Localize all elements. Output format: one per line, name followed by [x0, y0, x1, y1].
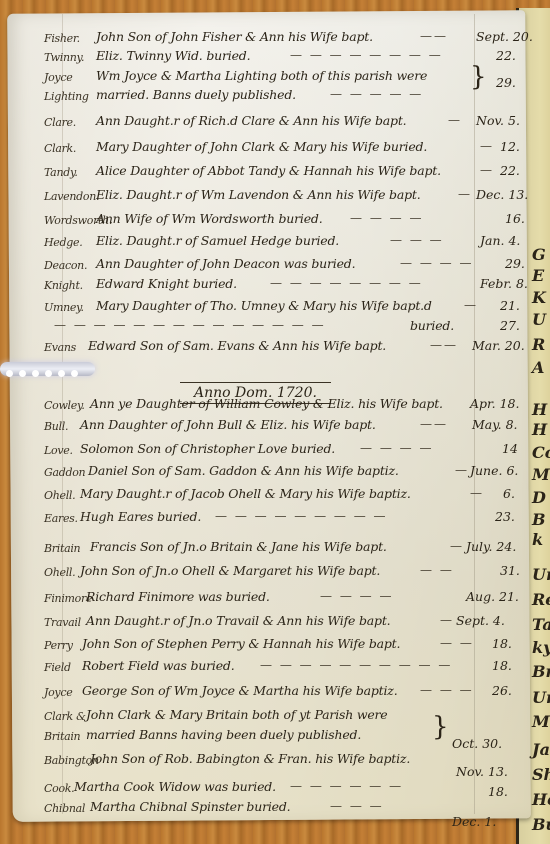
surname-margin: Cook. [44, 782, 74, 795]
entry-date: Nov. 13. [456, 764, 526, 779]
surname-margin: Hedge. [44, 236, 82, 249]
surname-margin: Ohell. [44, 489, 75, 502]
register-row: Clark &John Clark & Mary Britain both of… [0, 706, 550, 728]
entry-date: Nov. 5. [476, 113, 546, 128]
entry-date: Dec. 1. [452, 814, 522, 829]
register-row: Wordsworth.Ann Wife of Wm Wordsworth bur… [0, 210, 550, 232]
adjacent-fragment: G [532, 245, 546, 264]
leader-dash: — — [440, 636, 474, 650]
surname-margin: Gaddon [44, 466, 85, 479]
entry-text: Edward Knight buried. [96, 276, 237, 291]
adjacent-fragment: Um [532, 688, 550, 707]
entry-date: 22. [500, 163, 550, 178]
adjacent-fragment: R [532, 335, 545, 354]
register-row: Bull.Ann Daughter of John Bull & Eliz. h… [0, 416, 550, 438]
adjacent-fragment: k [532, 530, 543, 549]
leader-dash: — — — — [350, 211, 423, 225]
register-row: Hedge.Eliz. Daught.r of Samuel Hedge bur… [0, 232, 550, 254]
surname-margin: Joyce [44, 686, 72, 699]
entry-text: Ann Daughter of John Bull & Eliz. his Wi… [80, 417, 376, 432]
entry-date: Oct. 30. [452, 736, 522, 751]
surname-margin: Knight. [44, 279, 83, 292]
adjacent-fragment: H [532, 420, 547, 439]
leader-dash: —— [430, 338, 458, 352]
register-row: Ohell.Mary Daught.r of Jacob Ohell & Mar… [0, 485, 550, 507]
surname-margin: Tandy. [44, 166, 78, 179]
surname-margin: Travail [44, 616, 81, 629]
register-row: — — — — — — — — — — — — — —buried.27. [0, 317, 550, 339]
register-row: Twinny.Eliz. Twinny Wid. buried.— — — — … [0, 47, 550, 69]
leader-dash: — — [420, 563, 454, 577]
entry-date: 22. [496, 48, 550, 63]
entry-text: Solomon Son of Christopher Love buried. [80, 441, 335, 456]
surname-margin: Chibnal [44, 802, 85, 815]
register-row: BabingtonJohn Son of Rob. Babington & Fr… [0, 750, 550, 772]
adjacent-fragment: Ta [532, 615, 550, 634]
entry-text: Robert Field was buried. [82, 658, 235, 673]
surname-margin: Evans [44, 341, 76, 354]
entry-text: Eliz. Daught.r of Samuel Hedge buried. [96, 233, 339, 248]
entry-text: Mary Daughter of Tho. Umney & Mary his W… [96, 298, 432, 313]
surname-margin: Perry [44, 639, 73, 652]
adjacent-fragment: M [532, 465, 550, 484]
register-row: FieldRobert Field was buried.— — — — — —… [0, 657, 550, 679]
entry-text: Hugh Eares buried. [80, 509, 201, 524]
register-row: Clare.Ann Daught.r of Rich.d Clare & Ann… [0, 112, 550, 134]
entry-text: John Son of John Fisher & Ann his Wife b… [96, 29, 373, 44]
register-row: Love.Solomon Son of Christopher Love bur… [0, 440, 550, 462]
entry-text: John Son of Jn.o Ohell & Margaret his Wi… [80, 563, 380, 578]
adjacent-fragment: H [532, 400, 547, 419]
register-row: EvansEdward Son of Sam. Evans & Ann his … [0, 337, 550, 359]
adjacent-fragment: Sha [532, 765, 550, 784]
leader-dash: — — — — [400, 256, 473, 270]
entry-text: Edward Son of Sam. Evans & Ann his Wife … [88, 338, 386, 353]
register-row: Knight.Edward Knight buried.— — — — — — … [0, 275, 550, 297]
surname-margin: Love. [44, 444, 73, 457]
register-row: Clark.Mary Daughter of John Clark & Mary… [0, 138, 550, 160]
register-row: Lavendon.Eliz. Daught.r of Wm Lavendon &… [0, 186, 550, 208]
surname-margin: Joyce [44, 71, 72, 84]
adjacent-fragment: Co [532, 443, 550, 462]
leader-dash: — — — — [320, 589, 393, 603]
register-row: FinimoreRichard Finimore was buried.— — … [0, 588, 550, 610]
adjacent-fragment: U [532, 310, 546, 329]
leader-dash: — — — [330, 799, 384, 813]
surname-margin: Lavendon. [44, 190, 99, 203]
register-row: Ohell.John Son of Jn.o Ohell & Margaret … [0, 562, 550, 584]
adjacent-fragment: Jan [532, 740, 550, 759]
register-row: PerryJohn Son of Stephen Perry & Hannah … [0, 635, 550, 657]
register-row: BritainFrancis Son of Jn.o Britain & Jan… [0, 538, 550, 560]
surname-margin: Ohell. [44, 566, 75, 579]
leader-dash: — — — — — — — — — — — — — — [54, 318, 326, 332]
adjacent-fragment: Bud [532, 815, 550, 834]
entry-text: John Son of Stephen Perry & Hannah his W… [82, 636, 400, 651]
surname-margin: Umney. [44, 301, 84, 314]
adjacent-fragment: Hed [532, 790, 550, 809]
entry-date: Sept. 4. [456, 613, 526, 628]
leader-dash: — [450, 539, 464, 553]
register-row: GaddonDaniel Son of Sam. Gaddon & Ann hi… [0, 462, 550, 484]
surname-margin: Clark & [44, 710, 86, 723]
adjacent-fragment: K [532, 288, 546, 307]
adjacent-fragment: B [532, 510, 546, 529]
surname-margin: Lighting [44, 90, 89, 103]
leader-dash: — [458, 187, 472, 201]
surname-margin: Field [44, 661, 71, 674]
leader-dash: — [448, 113, 462, 127]
entry-text: Francis Son of Jn.o Britain & Jane his W… [90, 539, 387, 554]
entry-date: Apr. 18. [470, 396, 540, 411]
surname-margin: Clare. [44, 116, 76, 129]
entry-date: Sept. 20. [476, 29, 546, 44]
leader-dash: — — — [420, 683, 474, 697]
entry-text: Ann Daught.r of Jn.o Travail & Ann his W… [86, 613, 390, 628]
leader-dash: — — — [390, 233, 444, 247]
surname-margin: Fisher. [44, 32, 80, 45]
surname-margin: Bull. [44, 420, 68, 433]
brace: } [432, 712, 449, 742]
entry-text: Richard Finimore was buried. [86, 589, 270, 604]
entry-text: Wm Joyce & Martha Lighting both of this … [96, 68, 427, 83]
entry-text: married Banns having been duely publishe… [86, 727, 361, 742]
surname-margin: Clark. [44, 142, 76, 155]
leader-dash: — — — — — — — — [290, 48, 443, 62]
register-row: Lightingmarried. Banns duely published.—… [0, 86, 550, 108]
leader-dash: — [480, 163, 494, 177]
surname-margin: Cowley. [44, 399, 85, 412]
entry-date: July. 24. [466, 539, 536, 554]
entry-text: John Clark & Mary Britain both of yt Par… [86, 707, 388, 722]
leader-dash: — [455, 463, 469, 477]
leader-dash: — [480, 139, 494, 153]
entry-text: Ann Wife of Wm Wordsworth buried. [96, 211, 323, 226]
register-row: Britainmarried Banns having been duely p… [0, 726, 550, 748]
adjacent-fragment: Re [532, 590, 550, 609]
register-row: TravailAnn Daught.r of Jn.o Travail & An… [0, 612, 550, 634]
entry-text: Ann Daughter of John Deacon was buried. [96, 256, 355, 271]
surname-margin: Finimore [44, 592, 92, 605]
entry-text: Martha Cook Widow was buried. [74, 779, 276, 794]
surname-margin: Britain [44, 730, 80, 743]
entry-date: 16. [505, 211, 550, 226]
leader-dash: —— [420, 417, 448, 431]
surname-margin: Deacon. [44, 259, 87, 272]
entry-date: June. 6. [470, 463, 540, 478]
entry-text: Ann Daught.r of Rich.d Clare & Ann his W… [96, 113, 406, 128]
leader-dash: — — — — — [330, 87, 423, 101]
leader-dash: — — — — [360, 441, 433, 455]
entry-date: Dec. 13. [476, 187, 546, 202]
leader-dash: — — — — — — — — [270, 276, 423, 290]
register-row: Cook.Martha Cook Widow was buried.— — — … [0, 778, 550, 800]
entry-date: 12. [500, 139, 550, 154]
surname-margin: Britain [44, 542, 80, 555]
surname-margin: Eares. [44, 512, 78, 525]
leader-dash: —— [420, 29, 448, 43]
adjacent-fragment: Um [532, 565, 550, 584]
register-row: Tandy.Alice Daughter of Abbot Tandy & Ha… [0, 162, 550, 184]
register-row: Deacon.Ann Daughter of John Deacon was b… [0, 255, 550, 277]
entry-text: Mary Daught.r of Jacob Ohell & Mary his … [80, 486, 411, 501]
register-row: Eares.Hugh Eares buried.— — — — — — — — … [0, 508, 550, 530]
entry-text: Eliz. Daught.r of Wm Lavendon & Ann his … [96, 187, 421, 202]
entry-text: Eliz. Twinny Wid. buried. [96, 48, 250, 63]
adjacent-fragment: D [532, 488, 546, 507]
entry-text: John Son of Rob. Babington & Fran. his W… [90, 751, 410, 766]
entry-text: buried. [410, 318, 454, 333]
register-row: JoyceGeorge Son of Wm Joyce & Martha his… [0, 682, 550, 704]
adjacent-fragment: Ma [532, 712, 550, 731]
register-row: ChibnalMartha Chibnal Spinster buried.— … [0, 798, 550, 820]
adjacent-fragment: E [532, 266, 544, 285]
leader-dash: — [464, 298, 478, 312]
entry-text: George Son of Wm Joyce & Martha his Wife… [82, 683, 397, 698]
adjacent-fragment: Br [532, 662, 550, 681]
register-row: Umney.Mary Daughter of Tho. Umney & Mary… [0, 297, 550, 319]
entry-text: Mary Daughter of John Clark & Mary his W… [96, 139, 427, 154]
entry-text: married. Banns duely published. [96, 87, 296, 102]
leader-dash: — — — — — — — — — — [260, 658, 452, 672]
register-entries: Fisher.John Son of John Fisher & Ann his… [0, 0, 550, 844]
entry-text: Daniel Son of Sam. Gaddon & Ann his Wife… [88, 463, 399, 478]
adjacent-fragment: A [532, 358, 544, 377]
register-row: Cowley.Ann ye Daughter of William Cowley… [0, 395, 550, 417]
surname-margin: Twinny. [44, 51, 84, 64]
leader-dash: — [440, 613, 454, 627]
leader-dash: — — — — — — [290, 779, 403, 793]
leader-dash: — [470, 486, 484, 500]
entry-text: Martha Chibnal Spinster buried. [90, 799, 290, 814]
leader-dash: — — — — — — — — — [215, 509, 388, 523]
adjacent-fragment: ky [532, 638, 550, 657]
entry-date: Aug. 21. [466, 589, 536, 604]
entry-text: Alice Daughter of Abbot Tandy & Hannah h… [96, 163, 441, 178]
entry-text: Ann ye Daughter of William Cowley & Eliz… [90, 396, 443, 411]
